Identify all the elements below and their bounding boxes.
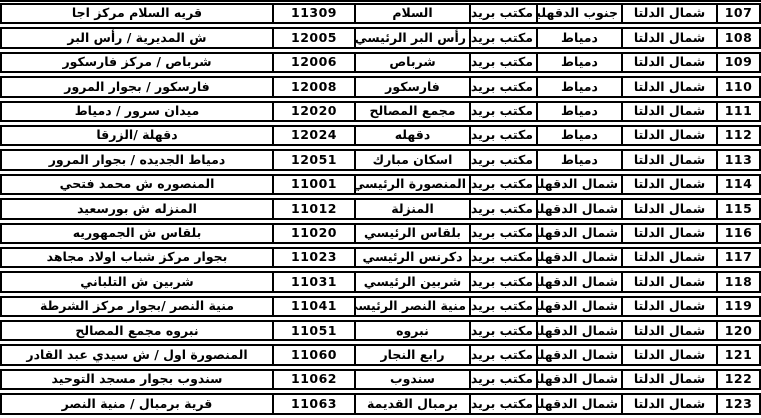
cell-address: شربين ش التلباني — [0, 271, 273, 292]
cell-code: 12006 — [273, 52, 355, 73]
cell-address: شرباص / مركز فارسكور — [0, 52, 273, 73]
cell-office: رابع النجار — [355, 344, 470, 365]
cell-office: فارسكور — [355, 76, 470, 97]
cell-region: دمياط — [537, 101, 622, 122]
table-row: 122شمال الدلتاشمال الدقهليةمكتب بريدسندو… — [0, 369, 761, 390]
cell-office: مجمع المصالح — [355, 101, 470, 122]
cell-type: مكتب بريد — [470, 101, 537, 122]
cell-number: 121 — [717, 344, 761, 365]
cell-address: بلقاس ش الجمهوريه — [0, 223, 273, 244]
document-page: 107شمال الدلتاجنوب الدقهليةمكتب بريدالسل… — [0, 0, 761, 418]
cell-number: 114 — [717, 174, 761, 195]
table-row: 112شمال الدلتادمياطمكتب بريددقهله12024دق… — [0, 125, 761, 146]
cell-address: بجوار مركز شباب اولاد مجاهد — [0, 247, 273, 268]
cell-zone: شمال الدلتا — [622, 3, 717, 24]
cell-type: مكتب بريد — [470, 223, 537, 244]
cell-region: شمال الدقهلية — [537, 296, 622, 317]
cell-code: 11062 — [273, 369, 355, 390]
table-row: 123شمال الدلتاشمال الدقهليةمكتب بريدبرمب… — [0, 393, 761, 414]
cell-zone: شمال الدلتا — [622, 52, 717, 73]
cell-number: 115 — [717, 198, 761, 219]
cell-address: المنزله ش بورسعيد — [0, 198, 273, 219]
cell-zone: شمال الدلتا — [622, 344, 717, 365]
cell-number: 118 — [717, 271, 761, 292]
cell-zone: شمال الدلتا — [622, 223, 717, 244]
table-row: 121شمال الدلتاشمال الدقهليةمكتب بريدرابع… — [0, 344, 761, 365]
cell-office: دقهله — [355, 125, 470, 146]
cell-region: دمياط — [537, 125, 622, 146]
cell-code: 11020 — [273, 223, 355, 244]
cell-office: دكرنس الرئيسي — [355, 247, 470, 268]
cell-type: مكتب بريد — [470, 320, 537, 341]
cell-number: 122 — [717, 369, 761, 390]
cell-zone: شمال الدلتا — [622, 320, 717, 341]
cell-code: 11031 — [273, 271, 355, 292]
cell-zone: شمال الدلتا — [622, 76, 717, 97]
cell-code: 12020 — [273, 101, 355, 122]
table-row: 117شمال الدلتاشمال الدقهليةمكتب بريددكرن… — [0, 247, 761, 268]
table-row: 118شمال الدلتاشمال الدقهليةمكتب بريدشربي… — [0, 271, 761, 292]
cell-office: المنزلة — [355, 198, 470, 219]
cell-address: فارسكور / بجوار المرور — [0, 76, 273, 97]
cell-region: شمال الدقهلية — [537, 198, 622, 219]
table-row: 115شمال الدلتاشمال الدقهليةمكتب بريدالمن… — [0, 198, 761, 219]
cell-zone: شمال الدلتا — [622, 247, 717, 268]
cell-office: شرباص — [355, 52, 470, 73]
cell-zone: شمال الدلتا — [622, 27, 717, 48]
cell-region: شمال الدقهلية — [537, 223, 622, 244]
cell-office: نبروه — [355, 320, 470, 341]
table-row: 114شمال الدلتاشمال الدقهليةمكتب بريدالمن… — [0, 174, 761, 195]
cell-zone: شمال الدلتا — [622, 393, 717, 414]
cell-type: مكتب بريد — [470, 3, 537, 24]
cell-type: مكتب بريد — [470, 76, 537, 97]
cell-region: شمال الدقهلية — [537, 344, 622, 365]
cell-region: شمال الدقهلية — [537, 393, 622, 414]
cell-region: دمياط — [537, 149, 622, 170]
cell-address: قرية برمبال / منية النصر — [0, 393, 273, 414]
table-row: 109شمال الدلتادمياطمكتب بريدشرباص12006شر… — [0, 52, 761, 73]
table-row: 108شمال الدلتادمياطمكتب بريدرأس البر الر… — [0, 27, 761, 48]
cell-code: 11060 — [273, 344, 355, 365]
cell-type: مكتب بريد — [470, 52, 537, 73]
cell-zone: شمال الدلتا — [622, 125, 717, 146]
cell-number: 109 — [717, 52, 761, 73]
cell-zone: شمال الدلتا — [622, 198, 717, 219]
cell-address: نبروه مجمع المصالح — [0, 320, 273, 341]
cell-type: مكتب بريد — [470, 344, 537, 365]
cell-address: ميدان سرور / دمياط — [0, 101, 273, 122]
cell-code: 12008 — [273, 76, 355, 97]
cell-code: 12024 — [273, 125, 355, 146]
cell-address: دقهلة /الزرقا — [0, 125, 273, 146]
cell-type: مكتب بريد — [470, 393, 537, 414]
cell-number: 117 — [717, 247, 761, 268]
cell-address: المنصورة اول / ش سيدي عبد القادر — [0, 344, 273, 365]
cell-code: 11023 — [273, 247, 355, 268]
cell-code: 12051 — [273, 149, 355, 170]
cell-office: رأس البر الرئيسي — [355, 27, 470, 48]
post-offices-table: 107شمال الدلتاجنوب الدقهليةمكتب بريدالسل… — [0, 0, 761, 418]
cell-zone: شمال الدلتا — [622, 271, 717, 292]
cell-number: 123 — [717, 393, 761, 414]
cell-type: مكتب بريد — [470, 174, 537, 195]
cell-office: منية النصر الرئيسي — [355, 296, 470, 317]
cell-region: جنوب الدقهلية — [537, 3, 622, 24]
cell-number: 120 — [717, 320, 761, 341]
cell-number: 110 — [717, 76, 761, 97]
cell-address: دمياط الجديده / بجوار المرور — [0, 149, 273, 170]
table-row: 107شمال الدلتاجنوب الدقهليةمكتب بريدالسل… — [0, 3, 761, 24]
cell-type: مكتب بريد — [470, 149, 537, 170]
table-row: 111شمال الدلتادمياطمكتب بريدمجمع المصالح… — [0, 101, 761, 122]
cell-code: 11309 — [273, 3, 355, 24]
cell-type: مكتب بريد — [470, 271, 537, 292]
cell-number: 116 — [717, 223, 761, 244]
cell-region: شمال الدقهلية — [537, 174, 622, 195]
cell-region: دمياط — [537, 52, 622, 73]
cell-office: اسكان مبارك — [355, 149, 470, 170]
cell-office: السلام — [355, 3, 470, 24]
table-row: 120شمال الدلتاشمال الدقهليةمكتب بريدنبرو… — [0, 320, 761, 341]
table-body: 107شمال الدلتاجنوب الدقهليةمكتب بريدالسل… — [0, 3, 761, 415]
cell-type: مكتب بريد — [470, 369, 537, 390]
table-top-cut-border — [0, 0, 761, 2]
cell-code: 11001 — [273, 174, 355, 195]
table-row: 113شمال الدلتادمياطمكتب بريداسكان مبارك1… — [0, 149, 761, 170]
cell-office: المنصورة الرئيسي — [355, 174, 470, 195]
cell-office: شربين الرئيسي — [355, 271, 470, 292]
cell-type: مكتب بريد — [470, 125, 537, 146]
cell-region: شمال الدقهلية — [537, 369, 622, 390]
cell-office: بلقاس الرئيسي — [355, 223, 470, 244]
cell-type: مكتب بريد — [470, 247, 537, 268]
cell-region: دمياط — [537, 76, 622, 97]
cell-zone: شمال الدلتا — [622, 369, 717, 390]
cell-address: ش المديرية / رأس البر — [0, 27, 273, 48]
cell-office: سندوب — [355, 369, 470, 390]
cell-zone: شمال الدلتا — [622, 174, 717, 195]
cell-code: 11051 — [273, 320, 355, 341]
cell-zone: شمال الدلتا — [622, 101, 717, 122]
cell-address: منية النصر /بجوار مركز الشرطة — [0, 296, 273, 317]
cell-type: مكتب بريد — [470, 198, 537, 219]
cell-zone: شمال الدلتا — [622, 296, 717, 317]
cell-region: دمياط — [537, 27, 622, 48]
cell-region: شمال الدقهلية — [537, 247, 622, 268]
cell-code: 11063 — [273, 393, 355, 414]
cell-number: 113 — [717, 149, 761, 170]
cell-type: مكتب بريد — [470, 296, 537, 317]
cell-code: 12005 — [273, 27, 355, 48]
table-row: 119شمال الدلتاشمال الدقهليةمكتب بريدمنية… — [0, 296, 761, 317]
cell-office: برمبال القديمة — [355, 393, 470, 414]
cell-address: قريه السلام مركز اجا — [0, 3, 273, 24]
cell-number: 108 — [717, 27, 761, 48]
table-row: 110شمال الدلتادمياطمكتب بريدفارسكور12008… — [0, 76, 761, 97]
table-row: 116شمال الدلتاشمال الدقهليةمكتب بريدبلقا… — [0, 223, 761, 244]
cell-zone: شمال الدلتا — [622, 149, 717, 170]
cell-address: المنصوره ش محمد فتحي — [0, 174, 273, 195]
cell-address: سندوب بجوار مسجد التوحيد — [0, 369, 273, 390]
cell-code: 11041 — [273, 296, 355, 317]
cell-code: 11012 — [273, 198, 355, 219]
cell-number: 111 — [717, 101, 761, 122]
cell-number: 112 — [717, 125, 761, 146]
cell-number: 119 — [717, 296, 761, 317]
cell-type: مكتب بريد — [470, 27, 537, 48]
cell-region: شمال الدقهلية — [537, 271, 622, 292]
cell-number: 107 — [717, 3, 761, 24]
cell-region: شمال الدقهلية — [537, 320, 622, 341]
